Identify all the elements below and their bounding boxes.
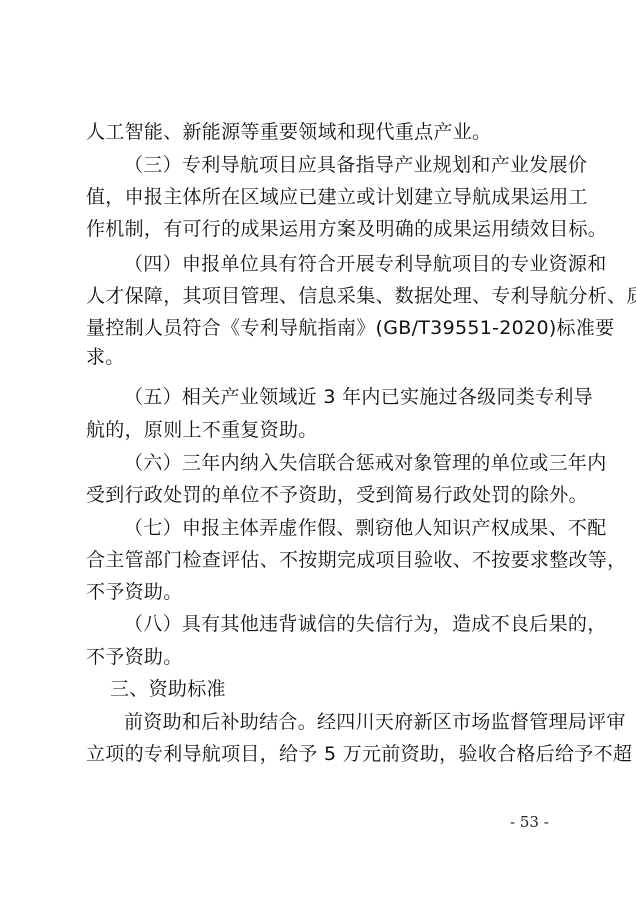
- text-line-11: （六）三年内纳入失信联合惩戒对象管理的单位或三年内: [124, 451, 556, 475]
- document-page: 人工智能、新能源等重要领域和现代重点产业。 （三）专利导航项目应具备指导产业规划…: [0, 0, 636, 900]
- text-line-17: 不予资助。: [86, 645, 556, 669]
- text-line-2: （三）专利导航项目应具备指导产业规划和产业发展价: [124, 153, 556, 177]
- text-line-16: （八）具有其他违背诚信的失信行为，造成不良后果的，: [124, 612, 556, 636]
- text-line-10: 航的，原则上不重复资助。: [86, 418, 556, 442]
- section-heading: 三、资助标准: [110, 677, 580, 701]
- text-line-14: 合主管部门检查评估、不按期完成项目验收、不按要求整改等，: [86, 548, 556, 572]
- text-line-4: 作机制，有可行的成果运用方案及明确的成果运用绩效目标。: [86, 217, 556, 241]
- text-line-13: （七）申报主体弄虚作假、剽窃他人知识产权成果、不配: [124, 516, 556, 540]
- page-number: - 53 -: [510, 813, 549, 831]
- text-line-9: （五）相关产业领域近 3 年内已实施过各级同类专利导: [124, 385, 556, 409]
- text-line-7: 量控制人员符合《专利导航指南》(GB/T39551-2020)标准要: [86, 316, 556, 340]
- text-line-19: 前资助和后补助结合。经四川天府新区市场监督管理局评审: [124, 710, 556, 734]
- text-line-6: 人才保障，其项目管理、信息采集、数据处理、专利导航分析、质: [86, 284, 556, 308]
- text-line-20: 立项的专利导航项目，给予 5 万元前资助，验收合格后给予不超: [86, 742, 556, 766]
- text-line-5: （四）申报单位具有符合开展专利导航项目的专业资源和: [124, 252, 556, 276]
- text-line-1: 人工智能、新能源等重要领域和现代重点产业。: [86, 120, 556, 144]
- text-line-3: 值，申报主体所在区域应已建立或计划建立导航成果运用工: [86, 185, 556, 209]
- text-line-12: 受到行政处罚的单位不予资助，受到简易行政处罚的除外。: [86, 483, 556, 507]
- text-line-8: 求。: [86, 345, 556, 369]
- text-line-15: 不予资助。: [86, 580, 556, 604]
